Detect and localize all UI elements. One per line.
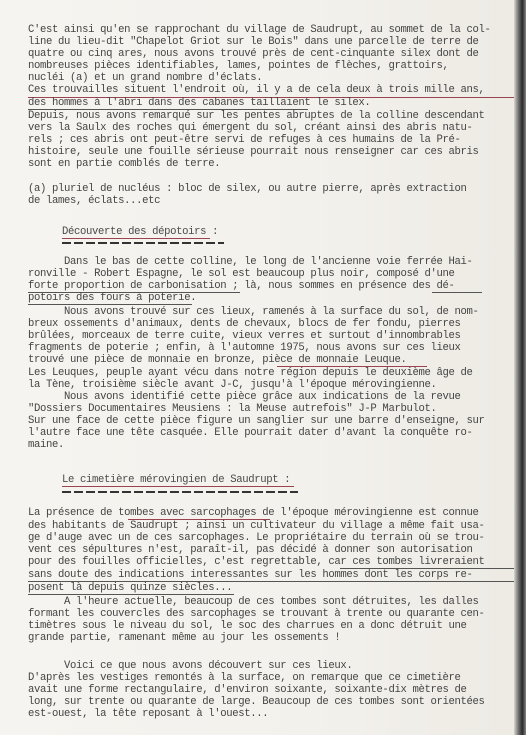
underline-mark [28,304,192,305]
text-line: Les Leuques, peuple ayant vécu dans notr… [28,367,473,379]
text-line: Voici ce que nous avons découvert sur ce… [28,660,352,672]
footnote-line: (a) pluriel de nucléus : bloc de silex, … [28,183,467,195]
text-line: "Dossiers Documentaires Meusiens : la Me… [28,403,437,415]
dashed-underline [62,242,224,244]
text-line: Depuis, nous avons remarqué sur les pent… [28,110,485,122]
text-line: Sur une face de cette pièce figure un sa… [28,415,485,427]
underline-mark [62,238,210,239]
scan-edge-shadow [514,0,526,735]
text-line: la Tène, troisième siècle avant J-C, jus… [28,379,437,391]
text-line: des hommes à l'abri dans des cabanes tai… [28,97,370,109]
section-heading-dumps: Découverte des dépotoirs : [62,226,218,238]
text-line: breux ossements d'animaux, dents de chev… [28,318,461,330]
underline-mark [432,292,482,293]
text-line: nombreuses pièces identifiables, lames, … [28,60,449,72]
text-line: l'autre face une tête casquée. Elle pour… [28,427,473,439]
text-line: rels ; ces abris ont peut-être servi de … [28,134,461,146]
text-line: est-ouest, la tête reposant à l'ouest... [28,708,268,720]
text-line: brûlées, morceaux de terre cuite, vieux … [28,330,461,342]
text-line: D'après les vestiges remontés à la surfa… [28,672,461,684]
text-line: maine. [28,439,64,451]
dashed-underline [62,491,298,493]
text-line: ge d'auge avec un de ces sarcophages. Le… [28,532,485,544]
text-line: A l'heure actuelle, beaucoup de ces tomb… [28,596,479,608]
text-line: long, sur trente ou quarante de large. B… [28,696,485,708]
text-line: des habitants de Saudrupt ; ainsi un cul… [28,520,485,532]
underline-mark [28,594,234,595]
text-line: trouvé une pièce de monnaie en bronze, p… [28,354,406,366]
text-line: sans doute des indications interessantes… [28,569,473,581]
text-line: Dans le bas de cette colline, le long de… [28,256,473,268]
underline-mark [62,486,294,487]
text-line: Nous avons trouvé sur ces lieux, ramenés… [28,306,479,318]
text-line: C'est ainsi qu'en se rapprochant du vill… [28,24,491,36]
text-line: nucléi (a) et un grand nombre d'éclats. [28,72,262,84]
text-line: Ces trouvailles situent l'endroit où, il… [28,84,485,96]
text-line: forte proportion de carbonisation ; là, … [28,280,455,292]
text-line: formant les couvercles des sarcophages s… [28,608,485,620]
text-line: timètres sous le niveau du sol, le soc d… [28,620,467,632]
text-line: quatre ou cinq ares, nous avons trouvé p… [28,48,479,60]
text-line: histoire, seule une fouille sérieuse pou… [28,146,479,158]
text-line: posent là depuis quinze siècles... [28,582,232,594]
text-line: sont en partie comblés de terre. [28,158,220,170]
text-line: fragments de poterie ; enfin, à l'automn… [28,342,461,354]
footnote-line: de lames, éclats...etc [28,195,160,207]
text-line: grande partie, ramenant même au jour les… [28,632,340,644]
text-line: line du lieu-dit "Chapelot Griot sur le … [28,36,479,48]
text-line: avait une forme rectangulaire, d'environ… [28,684,467,696]
text-line: pour des fouilles officielles, c'est reg… [28,556,485,568]
text-line: Nous avons identifié cette pièce grâce a… [28,391,461,403]
text-line: vers la Saulx des roches qui émergent du… [28,122,473,134]
text-line: La présence de tombes avec sarcophages d… [28,507,479,519]
scanned-page: C'est ainsi qu'en se rapprochant du vill… [0,0,526,735]
section-heading-cemetery: Le cimetière mérovingien de Saudrupt : [62,474,290,486]
text-line: ronville - Robert Espagne, le sol est be… [28,268,455,280]
text-line: vent ces sépultures n'est, paraît-il, pa… [28,544,473,556]
text-line: potoirs des fours à poterie. [28,292,196,304]
